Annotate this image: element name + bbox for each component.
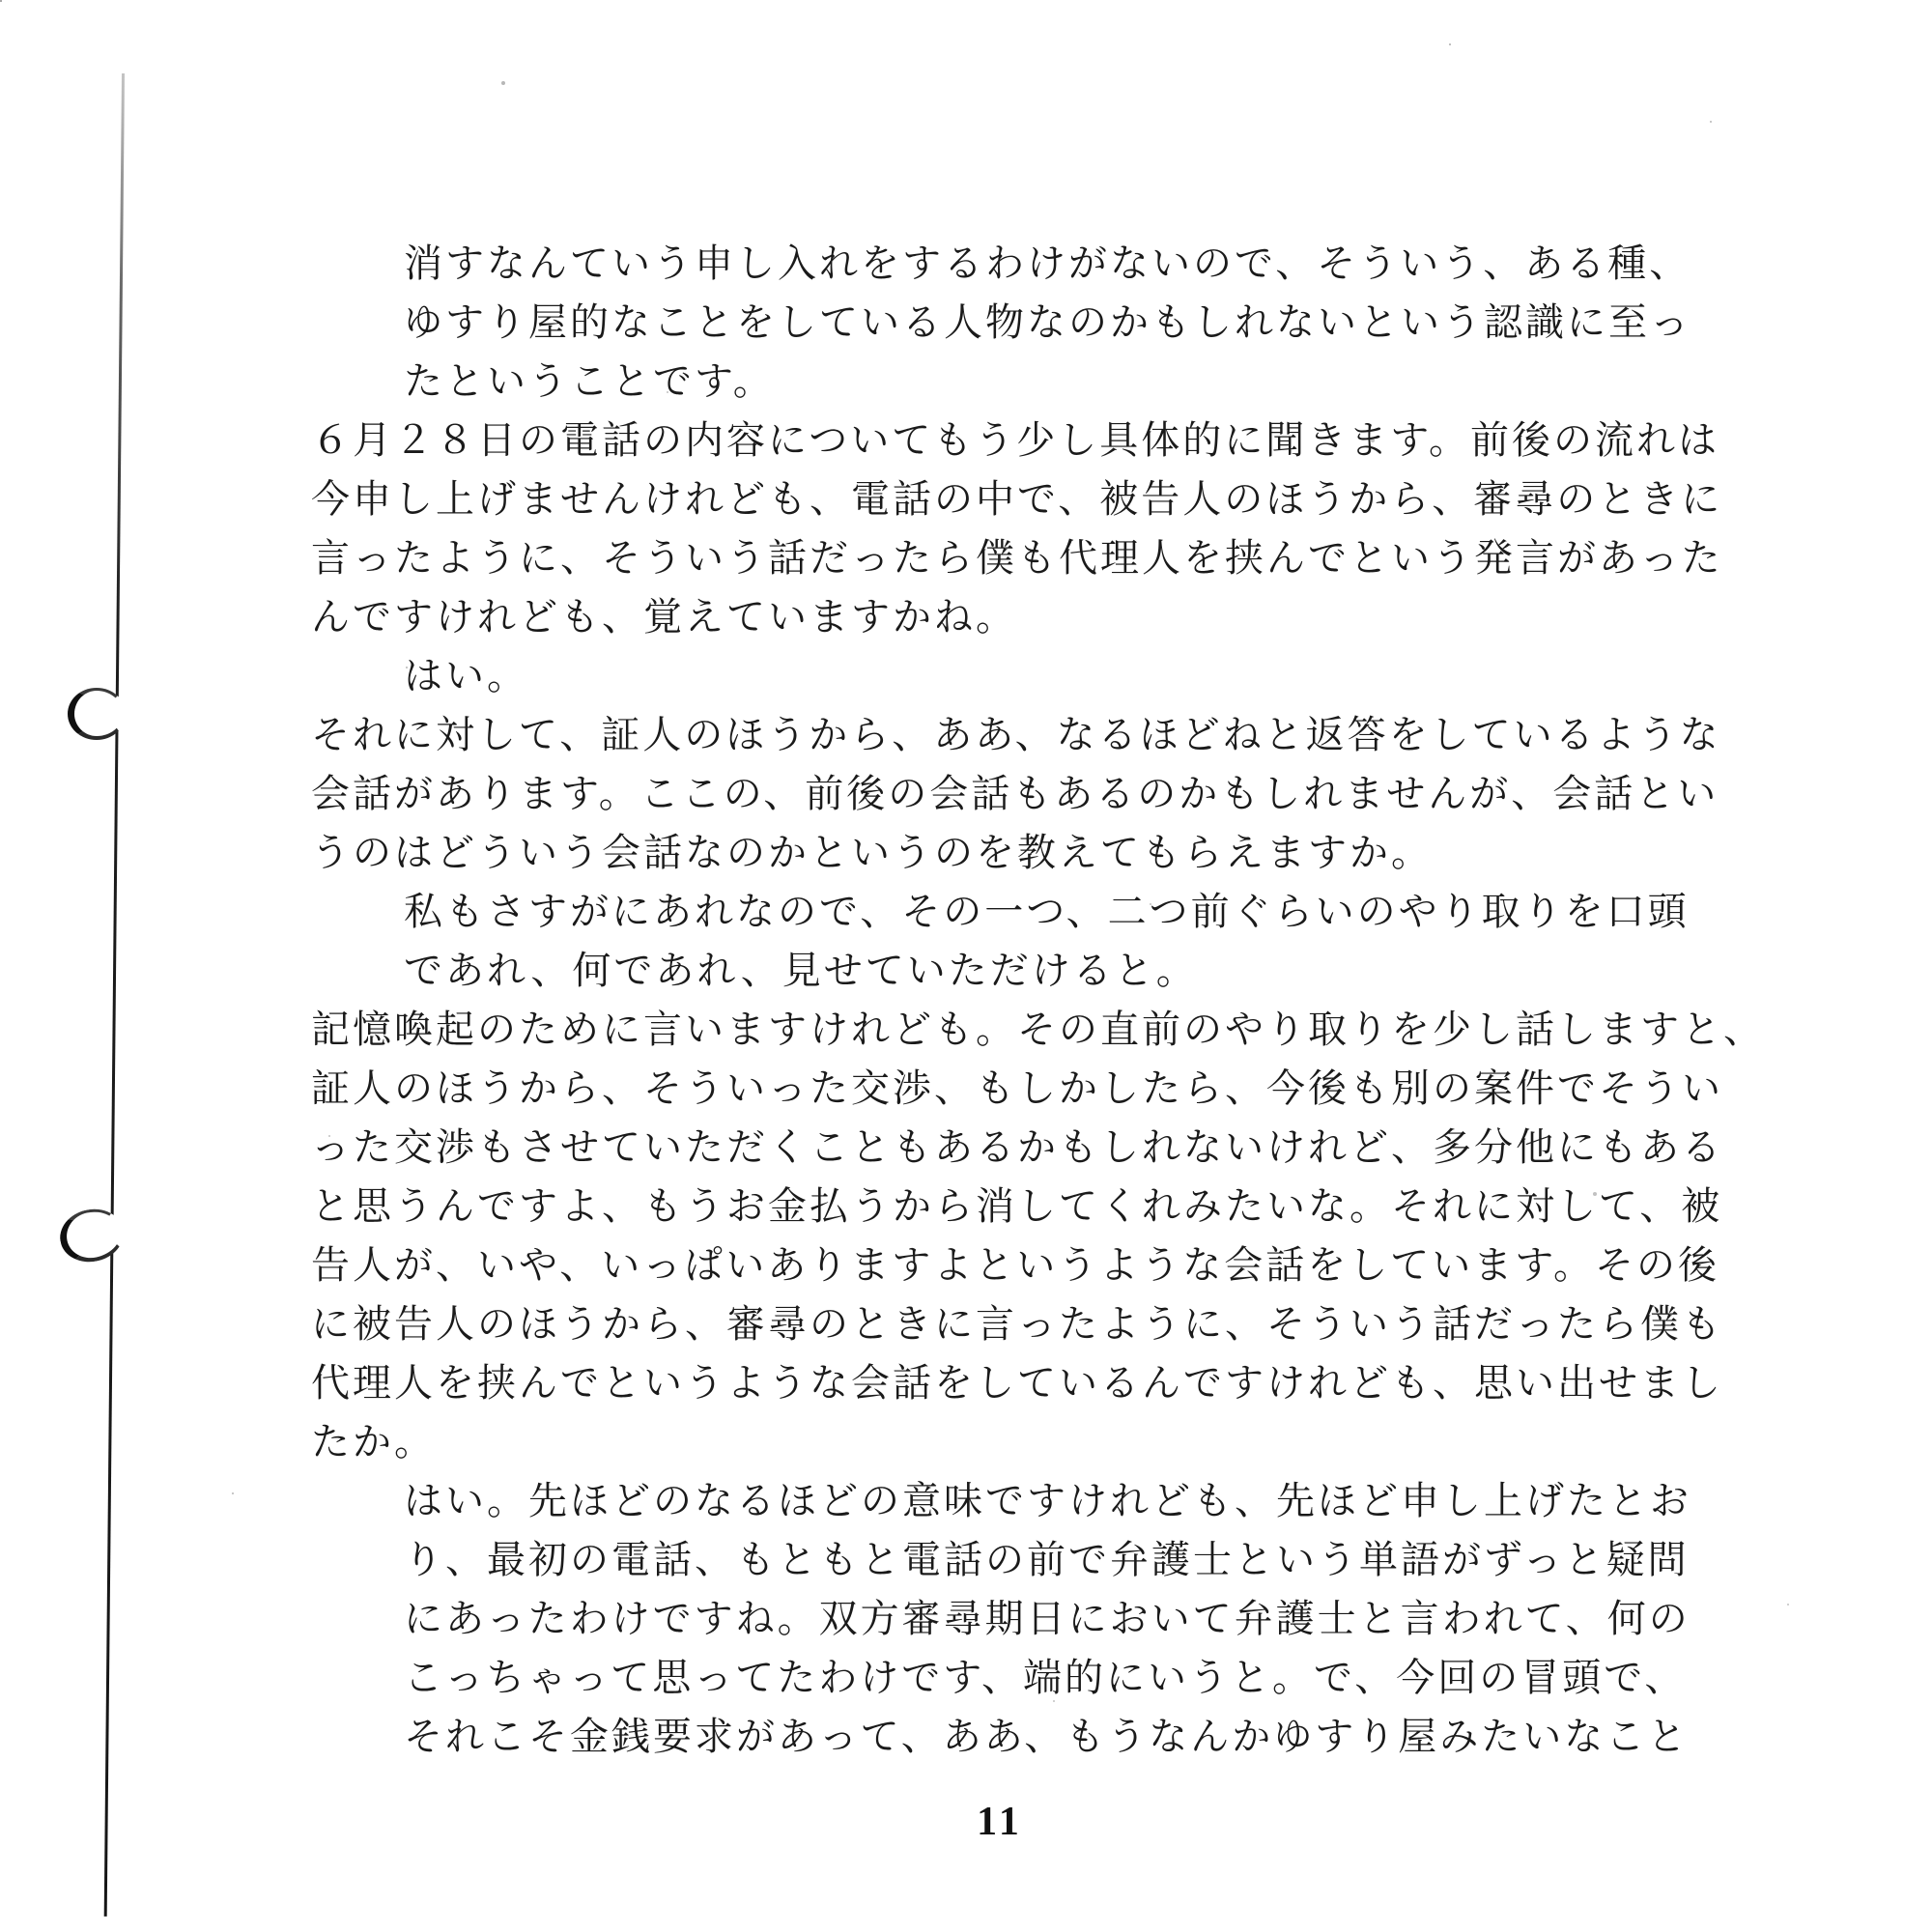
transcript-line-question: 記憶喚起のために言いますけれども。その直前のやり取りを少し話しますと、 <box>311 1000 1750 1059</box>
transcript-line-answer: にあったわけですね。双方審尋期日において弁護士と言われて、何の <box>311 1589 1750 1648</box>
punch-hole-top <box>68 688 126 740</box>
transcript-line-question: それに対して、証人のほうから、ああ、なるほどねと返答をしているような <box>311 705 1750 764</box>
transcript-line-question: 会話があります。ここの、前後の会話もあるのかもしれませんが、会話とい <box>311 764 1750 823</box>
transcript-line-answer: はい。 <box>311 646 1750 705</box>
transcript-line-question: に被告人のほうから、審尋のときに言ったように、そういう話だったら僕も <box>311 1294 1750 1353</box>
transcript-line-answer: 消すなんていう申し入れをするわけがないので、そういう、ある種、 <box>311 234 1750 293</box>
page-number: 11 <box>952 1799 1048 1845</box>
scanned-transcript-page: 消すなんていう申し入れをするわけがないので、そういう、ある種、ゆすり屋的なことを… <box>0 0 1932 1932</box>
transcript-line-question: ６月２８日の電話の内容についてもう少し具体的に聞きます。前後の流れは <box>311 411 1750 469</box>
transcript-line-answer: り、最初の電話、もともと電話の前で弁護士という単語がずっと疑問 <box>311 1530 1750 1589</box>
transcript-line-question: 代理人を挟んでというような会話をしているんですけれども、思い出せまし <box>311 1353 1750 1412</box>
transcript-line-question: 言ったように、そういう話だったら僕も代理人を挟んでという発言があった <box>311 528 1750 587</box>
transcript-line-question: 告人が、いや、いっぱいありますよというような会話をしています。その後 <box>311 1236 1750 1294</box>
transcript-line-question: うのはどういう会話なのかというのを教えてもらえますか。 <box>311 823 1750 882</box>
transcript-line-question: たか。 <box>311 1412 1750 1471</box>
punch-hole-bottom <box>55 1204 128 1268</box>
transcript-line-answer: それこそ金銭要求があって、ああ、もうなんかゆすり屋みたいなこと <box>311 1707 1750 1766</box>
transcript-line-answer: 私もさすがにあれなので、その一つ、二つ前ぐらいのやり取りを口頭 <box>311 882 1750 941</box>
binder-edge-line <box>104 73 125 1917</box>
transcript-line-answer: たということです。 <box>311 352 1750 411</box>
transcript-line-question: んですけれども、覚えていますかね。 <box>311 587 1750 646</box>
transcript-line-answer: はい。先ほどのなるほどの意味ですけれども、先ほど申し上げたとお <box>311 1471 1750 1530</box>
transcript-line-question: った交渉もさせていただくこともあるかもしれないけれど、多分他にもある <box>311 1118 1750 1177</box>
transcript-line-question: と思うんですよ、もうお金払うから消してくれみたいな。それに対して、被 <box>311 1177 1750 1236</box>
scan-noise <box>0 0 2 2</box>
transcript-line-answer: であれ、何であれ、見せていただけると。 <box>311 941 1750 1000</box>
transcript-line-question: 今申し上げませんけれども、電話の中で、被告人のほうから、審尋のときに <box>311 469 1750 528</box>
transcript-line-answer: ゆすり屋的なことをしている人物なのかもしれないという認識に至っ <box>311 293 1750 352</box>
transcript: 消すなんていう申し入れをするわけがないので、そういう、ある種、ゆすり屋的なことを… <box>311 234 1750 1766</box>
transcript-line-question: 証人のほうから、そういった交渉、もしかしたら、今後も別の案件でそうい <box>311 1059 1750 1118</box>
transcript-line-answer: こっちゃって思ってたわけです、端的にいうと。で、今回の冒頭で、 <box>311 1648 1750 1707</box>
